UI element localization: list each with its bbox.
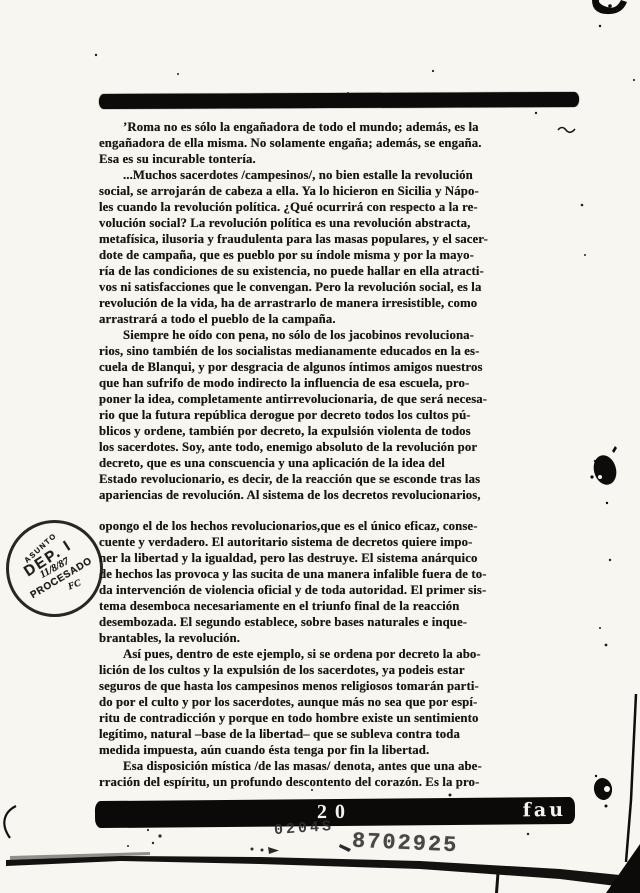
- ink-blob-right-upper: [590, 446, 619, 504]
- paragraph-3: Siempre he oído con pena, no sólo de los…: [99, 327, 585, 503]
- ink-blob-right-lower: [592, 775, 614, 808]
- bottom-left-arc: [4, 806, 16, 838]
- processed-stamp: ASUNTO DEP. I 11/8/87 PROCESADO FC: [6, 520, 103, 617]
- ink-blot-top-right: [592, 0, 635, 81]
- paragraph-5: Así pues, dentro de este ejemplo, si se …: [99, 646, 585, 758]
- corner-fold-mark: [606, 694, 640, 893]
- stamp-number-large: 8702925: [352, 829, 459, 859]
- body-text: ’Roma no es sólo la engañadora de todo e…: [99, 119, 585, 790]
- paragraph-2: ...Muchos sacerdotes /campesinos/, no bi…: [99, 167, 585, 327]
- scan-smudge-bottom: [6, 852, 640, 893]
- paragraph-1: ’Roma no es sólo la engañadora de todo e…: [99, 119, 585, 167]
- imprint-fau: fau: [523, 799, 567, 821]
- paragraph-6: Esa disposición mística /de las masas/ d…: [99, 758, 585, 790]
- scanned-page: ’Roma no es sólo la engañadora de todo e…: [0, 0, 640, 893]
- footer-bar: 20 fau: [95, 797, 575, 828]
- paragraph-4: opongo el de los hechos revolucionarios,…: [99, 518, 585, 646]
- top-separator-bar: [99, 92, 579, 109]
- page-edge-line: [626, 694, 636, 862]
- stamp-number-small: 0204S: [273, 818, 334, 839]
